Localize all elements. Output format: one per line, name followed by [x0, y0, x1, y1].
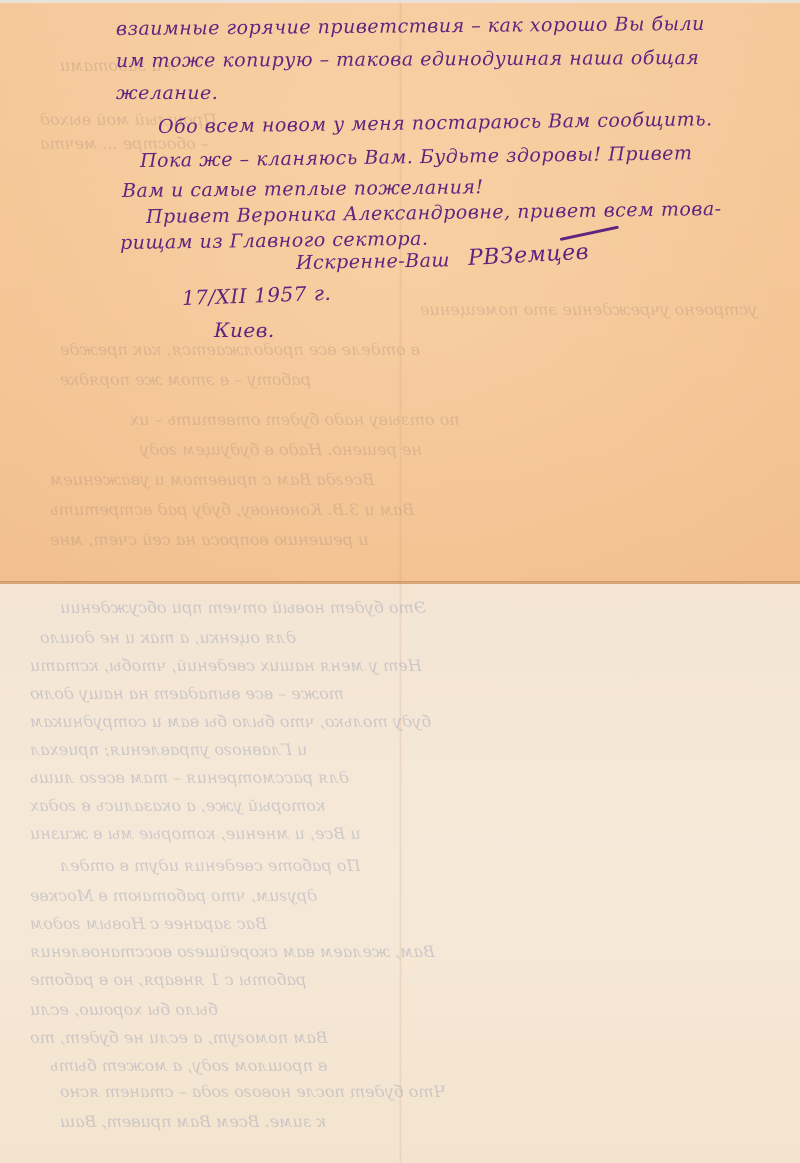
ghost-line: буду только, что было бы вам и сотрудник… [30, 712, 431, 731]
ghost-line: который уже, а оказались в годах [30, 796, 325, 815]
ghost-line: работу – в этом же порядке [60, 370, 311, 389]
ghost-line: и Главного управления; приехал [30, 740, 307, 759]
ghost-line: Вам помогут, а если не будет, то [30, 1028, 328, 1047]
ghost-line: для рассмотрения – там всего лишь [30, 768, 349, 787]
ghost-line: по отзыву надо будет ответить – их [130, 410, 460, 429]
ghost-line: не решено. Надо в будущем году [140, 440, 422, 459]
ghost-line: тоже – все выпадает на нашу долю [30, 684, 344, 703]
ghost-line: в отделе все продолжается, как прежде [60, 340, 420, 359]
ghost-line: к зиме. Всем Вам привет, Ваш [60, 1112, 326, 1131]
ghost-line: для оценки, а так и не дошло [40, 628, 296, 647]
scan-top-border [0, 0, 800, 3]
ghost-line: Вам, желаем вам скорейшего восстановлени… [30, 942, 435, 961]
letter-sheet: я и заботами Прошлый мой выход – обостре… [0, 0, 800, 1163]
letter-place: Киев. [214, 318, 275, 342]
ghost-line: Всегда Вам с приветом и уважением [50, 470, 374, 489]
ghost-line: Что будет после нового года – станет ясн… [60, 1082, 446, 1101]
letter-line: Вам и самые теплые пожелания! [122, 176, 484, 202]
ghost-line: Нет у меня наших сведений, чтобы, кстати [30, 656, 422, 675]
ghost-line: и Все, и мнение, которые мы в жизни [30, 824, 361, 843]
ghost-line: Это будет новый отчет при обсуждении [60, 598, 426, 617]
ghost-line: устроено учреждение это помещение [420, 300, 757, 319]
ghost-line: работы с 1 января, но в работе [30, 970, 306, 989]
letter-line: желание. [116, 82, 218, 104]
ghost-line: Вам и З.В. Кононову, буду рад встретить [50, 500, 414, 519]
ghost-line: Вас заранее с Новым годом [30, 914, 267, 933]
ghost-line: было бы хорошо, если [30, 1000, 218, 1019]
ghost-line: другим, что работают в Москве [30, 886, 317, 905]
vertical-fold-crease [399, 0, 402, 1163]
ghost-line: в прошлом году, а может быть [50, 1056, 327, 1075]
letter-line: им тоже копирую – такова единодушная наш… [116, 47, 699, 72]
ghost-line: По работе сведения идут в отдел [60, 856, 360, 875]
ghost-line: и решению вопроса на сей счет, мне [50, 530, 368, 549]
closing-text: Искренне-Ваш [296, 249, 450, 274]
